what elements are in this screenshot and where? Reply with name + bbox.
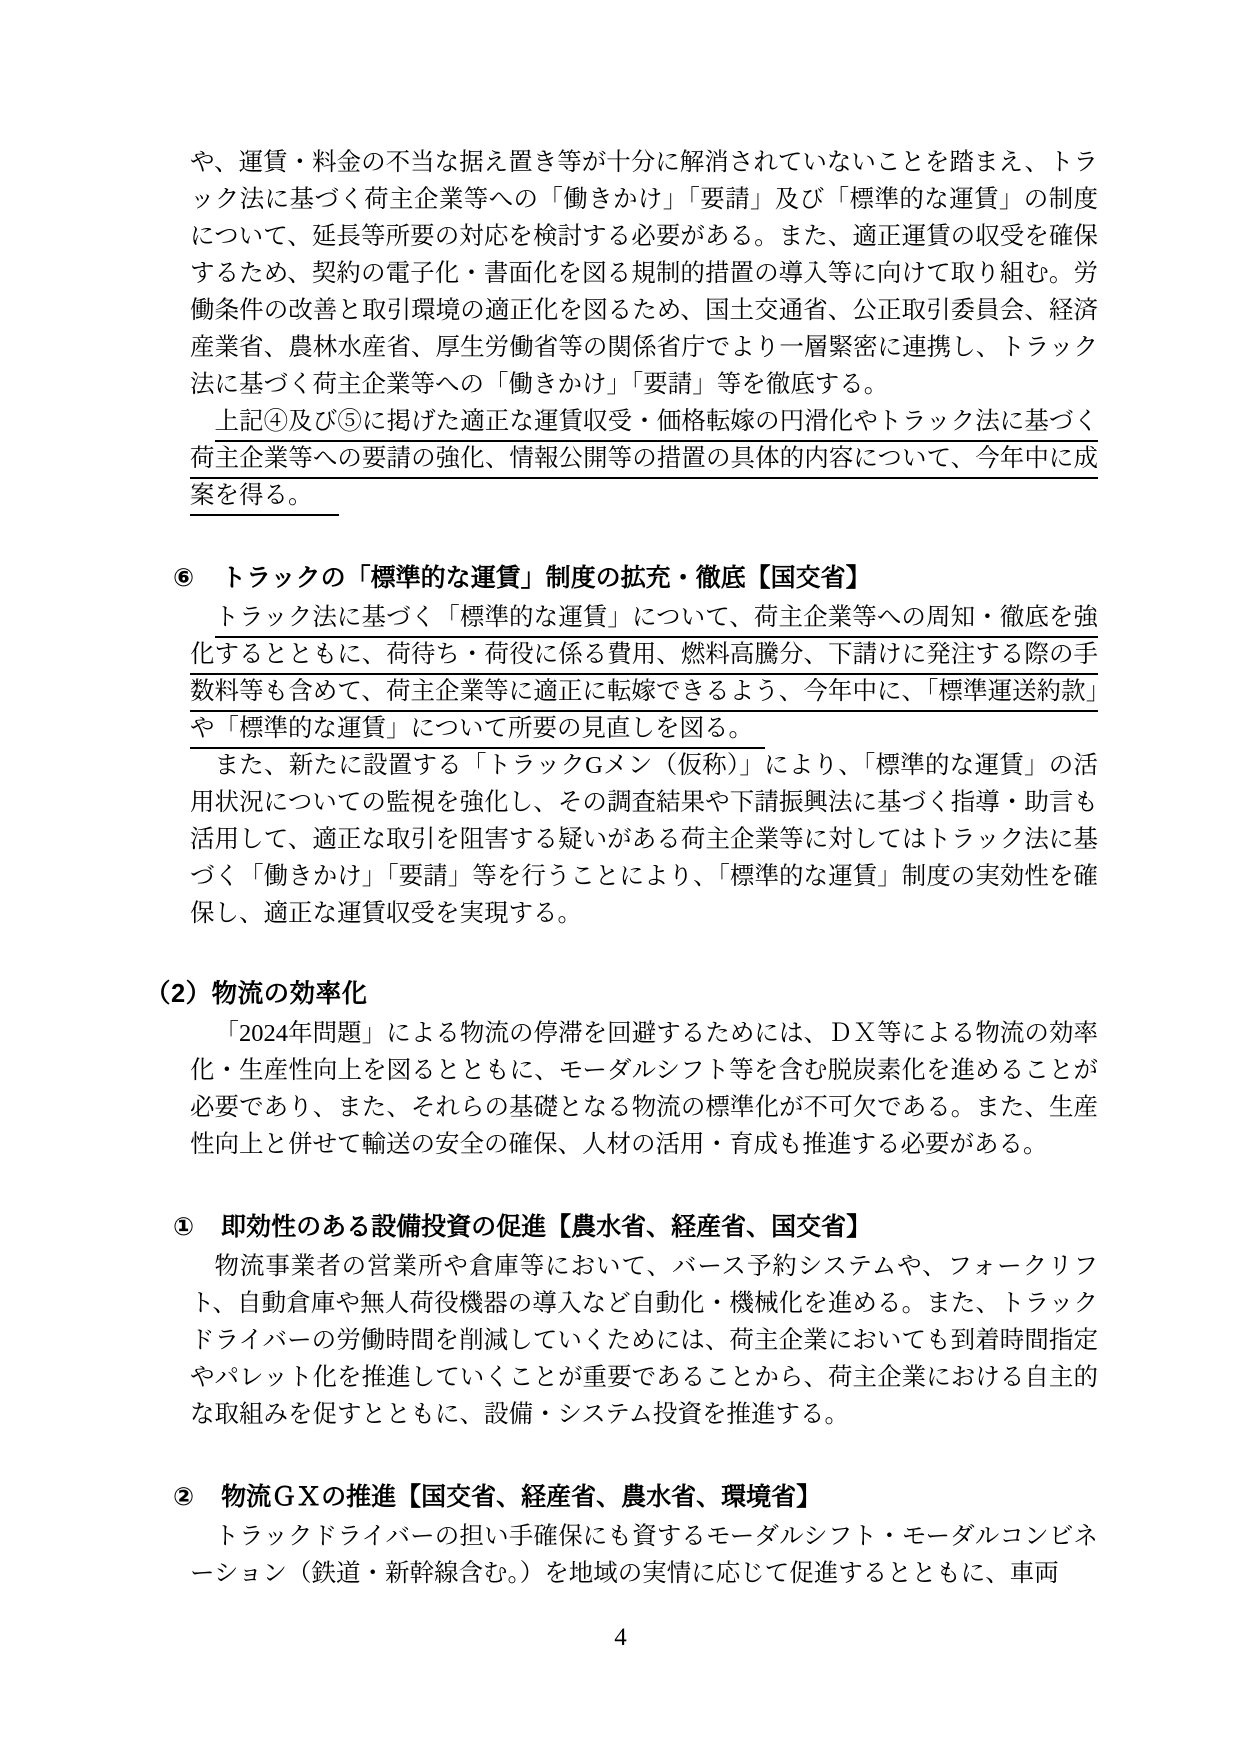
circled-number-6: ⑥ [173, 560, 194, 597]
heading-item-2-label: 物流ＧＸの推進【国交省、経産省、農水省、環境省】 [221, 1483, 821, 1511]
circled-number-1: ① [173, 1209, 194, 1246]
heading-item-1-equipment-investment: ①即効性のある設備投資の促進【農水省、経産省、国交省】 [173, 1209, 1098, 1246]
underlined-text: 上記④及び⑤に掲げた適正な運賃収受・価格転嫁の円滑化やトラック法に基づく荷主企業… [190, 408, 1098, 516]
para-plan-this-year: 上記④及び⑤に掲げた適正な運賃収受・価格転嫁の円滑化やトラック法に基づく荷主企業… [190, 403, 1098, 514]
heading-item-6-standard-freight: ⑥トラックの「標準的な運賃」制度の拡充・徹底【国交省】 [173, 560, 1098, 597]
para-modal-shift: トラックドライバーの担い手確保にも資するモーダルシフト・モーダルコンビネーション… [190, 1518, 1098, 1592]
para-standard-freight-revision: トラック法に基づく「標準的な運賃」について、荷主企業等への周知・徹底を強化すると… [190, 599, 1098, 747]
heading-item-2-logistics-gx: ②物流ＧＸの推進【国交省、経産省、農水省、環境省】 [173, 1479, 1098, 1516]
heading-section-2-logistics-efficiency: （2）物流の効率化 [145, 976, 1098, 1013]
para-fair-freight-carryover: や、運賃・料金の不当な据え置き等が十分に解消されていないことを踏まえ、トラック法… [190, 144, 1098, 403]
para-2024-problem: 「2024年問題」による物流の停滞を回避するためには、ＤＸ等による物流の効率化・… [190, 1015, 1098, 1163]
document-body: や、運賃・料金の不当な据え置き等が十分に解消されていないことを踏まえ、トラック法… [190, 144, 1098, 1592]
document-page: や、運賃・料金の不当な据え置き等が十分に解消されていないことを踏まえ、トラック法… [0, 0, 1241, 1754]
para-truck-gmen: また、新たに設置する「トラックGメン（仮称）」により、「標準的な運賃」の活用状況… [190, 747, 1098, 932]
circled-number-2: ② [173, 1479, 194, 1516]
para-equipment-investment: 物流事業者の営業所や倉庫等において、バース予約システムや、フォークリフト、自動倉… [190, 1248, 1098, 1433]
heading-item-6-label: トラックの「標準的な運賃」制度の拡充・徹底【国交省】 [221, 564, 871, 592]
page-number: 4 [0, 1619, 1241, 1656]
underlined-text: トラック法に基づく「標準的な運賃」について、荷主企業等への周知・徹底を強化すると… [190, 604, 1098, 749]
heading-item-1-label: 即効性のある設備投資の促進【農水省、経産省、国交省】 [221, 1213, 871, 1241]
